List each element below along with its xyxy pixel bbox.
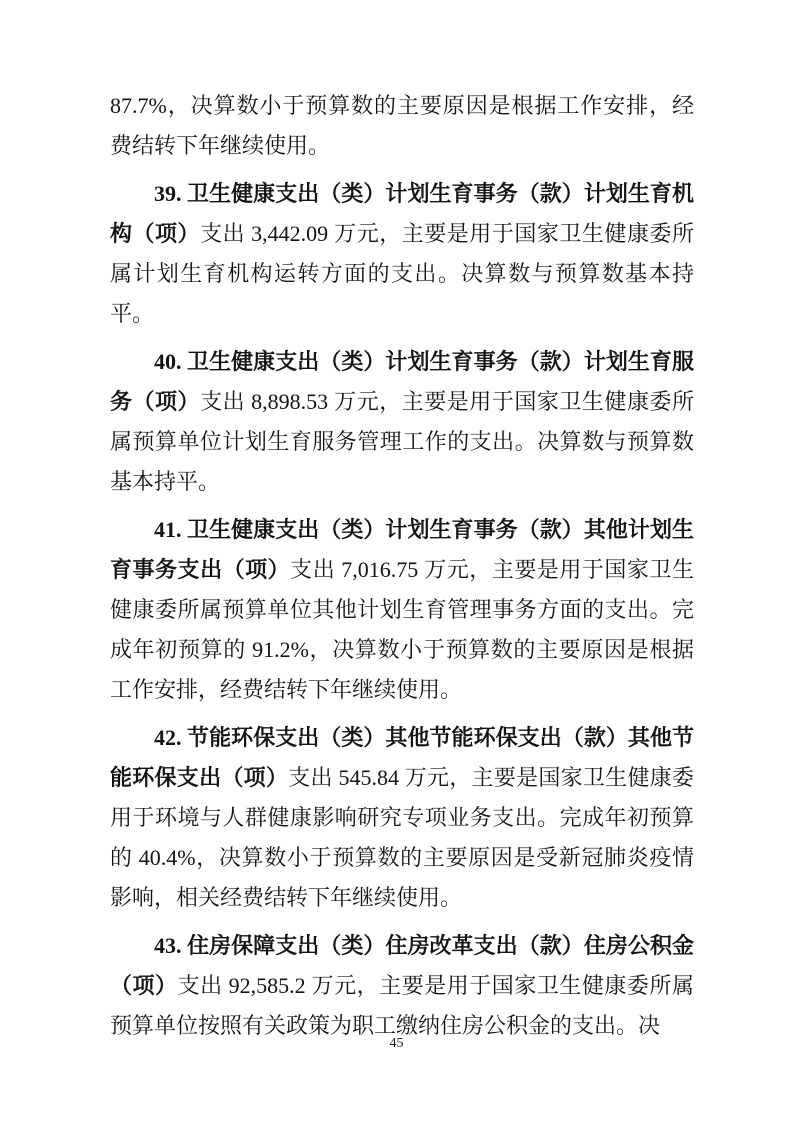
page-number: 45: [0, 1034, 793, 1054]
budget-item-42: 42. 节能环保支出（类）其他节能环保支出（款）其他节能环保支出（项）支出 54…: [110, 718, 694, 918]
document-page: 87.7%，决算数小于预算数的主要原因是根据工作安排，经费结转下年继续使用。 3…: [0, 0, 793, 1122]
continued-paragraph: 87.7%，决算数小于预算数的主要原因是根据工作安排，经费结转下年继续使用。: [110, 86, 694, 166]
budget-item-40: 40. 卫生健康支出（类）计划生育事务（款）计划生育服务（项）支出 8,898.…: [110, 342, 694, 502]
budget-item-43: 43. 住房保障支出（类）住房改革支出（款）住房公积金（项）支出 92,585.…: [110, 926, 694, 1046]
budget-item-43-body: 支出 92,585.2 万元，主要是用于国家卫生健康委所属预算单位按照有关政策为…: [110, 973, 694, 1038]
budget-item-39: 39. 卫生健康支出（类）计划生育事务（款）计划生育机构（项）支出 3,442.…: [110, 174, 694, 334]
budget-item-41: 41. 卫生健康支出（类）计划生育事务（款）其他计划生育事务支出（项）支出 7,…: [110, 510, 694, 710]
page-body-text: 87.7%，决算数小于预算数的主要原因是根据工作安排，经费结转下年继续使用。 3…: [110, 86, 694, 1046]
